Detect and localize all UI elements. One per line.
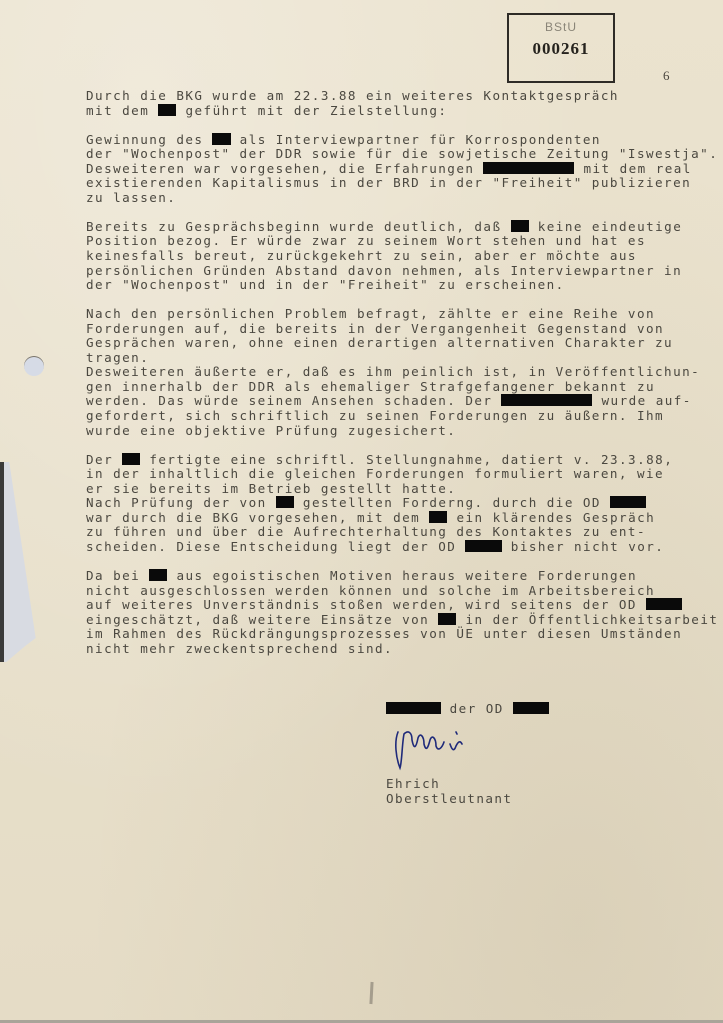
- document-body: Durch die BKG wurde am 22.3.88 ein weite…: [86, 89, 716, 671]
- text-run: nicht mehr zweckentsprechend sind.: [86, 641, 393, 656]
- text-line: scheiden. Diese Entscheidung liegt der O…: [86, 540, 716, 555]
- text-run: mit dem real: [574, 161, 691, 176]
- text-run: er sie bereits im Betrieb gestellt hatte…: [86, 481, 456, 496]
- text-line: im Rahmen des Rückdrängungsprozesses von…: [86, 627, 716, 642]
- text-run: Durch die BKG wurde am 22.3.88 ein weite…: [86, 88, 619, 103]
- text-line: Der fertigte eine schriftl. Stellungnahm…: [86, 453, 716, 468]
- text-line: existierenden Kapitalismus in der BRD in…: [86, 176, 716, 191]
- paragraph: Nach den persönlichen Problem befragt, z…: [86, 307, 716, 438]
- text-line: zu lassen.: [86, 191, 716, 206]
- text-line: Nach Prüfung der von gestellten Forderng…: [86, 496, 716, 511]
- redaction-bar: [513, 702, 549, 714]
- text-line: Bereits zu Gesprächsbeginn wurde deutlic…: [86, 220, 716, 235]
- text-run: mit dem: [86, 103, 158, 118]
- redaction-bar: [429, 511, 447, 523]
- text-run: werden. Das würde seinem Ansehen schaden…: [86, 393, 501, 408]
- text-run: Bereits zu Gesprächsbeginn wurde deutlic…: [86, 219, 511, 234]
- text-run: Da bei: [86, 568, 149, 583]
- text-line: nicht ausgeschlossen werden können und s…: [86, 584, 716, 599]
- text-line: keinesfalls bereut, zurückgekehrt zu sei…: [86, 249, 716, 264]
- text-line: Desweiteren äußerte er, daß es ihm peinl…: [86, 365, 716, 380]
- text-run: in der Öffentlichkeitsarbeit: [456, 612, 718, 627]
- text-run: geführt mit der Zielstellung:: [176, 103, 447, 118]
- redaction-bar: [646, 598, 682, 610]
- text-run: eingeschätzt, daß weitere Einsätze von: [86, 612, 438, 627]
- redaction-bar: [149, 569, 167, 581]
- text-run: war durch die BKG vorgesehen, mit dem: [86, 510, 429, 525]
- text-run: als Interviewpartner für Korrospondenten: [231, 132, 601, 147]
- paragraph: Da bei aus egoistischen Motiven heraus w…: [86, 569, 716, 656]
- stamp-number: 000261: [509, 39, 613, 59]
- text-line: Gewinnung des als Interviewpartner für K…: [86, 133, 716, 148]
- redaction-bar: [483, 162, 574, 174]
- text-run: keine eindeutige: [529, 219, 683, 234]
- text-line: nicht mehr zweckentsprechend sind.: [86, 642, 716, 657]
- text-run: fertigte eine schriftl. Stellungnahme, d…: [140, 452, 673, 467]
- text-run: gefordert, sich schriftlich zu seinen Fo…: [86, 408, 664, 423]
- stamp-title: BStU: [509, 20, 613, 34]
- text-line: Da bei aus egoistischen Motiven heraus w…: [86, 569, 716, 584]
- text-run: scheiden. Diese Entscheidung liegt der O…: [86, 539, 465, 554]
- text-line: Forderungen auf, die bereits in der Verg…: [86, 322, 716, 337]
- text-run: nicht ausgeschlossen werden können und s…: [86, 583, 655, 598]
- text-line: er sie bereits im Betrieb gestellt hatte…: [86, 482, 716, 497]
- redaction-bar: [610, 496, 646, 508]
- text-line: mit dem geführt mit der Zielstellung:: [86, 104, 716, 119]
- text-line: Nach den persönlichen Problem befragt, z…: [86, 307, 716, 322]
- text-run: Desweiteren war vorgesehen, die Erfahrun…: [86, 161, 483, 176]
- text-run: Nach Prüfung der von: [86, 495, 276, 510]
- text-line: war durch die BKG vorgesehen, mit dem ei…: [86, 511, 716, 526]
- signatory: Ehrich Oberstleutnant: [386, 777, 512, 806]
- redaction-bar: [465, 540, 501, 552]
- redaction-bar: [386, 702, 441, 714]
- text-run: der "Wochenpost" der DDR sowie für die s…: [86, 146, 718, 161]
- page-number: 6: [663, 68, 670, 84]
- archive-stamp: BStU 000261: [507, 13, 615, 83]
- text-line: persönlichen Gründen Abstand davon nehme…: [86, 264, 716, 279]
- redaction-bar: [511, 220, 529, 232]
- paragraph: Gewinnung des als Interviewpartner für K…: [86, 133, 716, 206]
- text-line: der "Wochenpost" und in der "Freiheit" z…: [86, 278, 716, 293]
- text-run: der OD: [441, 701, 513, 716]
- signature-title-line: der OD: [386, 702, 549, 717]
- text-line: auf weiteres Unverständnis stoßen werden…: [86, 598, 716, 613]
- text-run: wurde eine objektive Prüfung zugesichert…: [86, 423, 456, 438]
- text-run: Der: [86, 452, 122, 467]
- text-run: zu lassen.: [86, 190, 176, 205]
- text-line: in der inhaltlich die gleichen Forderung…: [86, 467, 716, 482]
- text-line: gen innerhalb der DDR als ehemaliger Str…: [86, 380, 716, 395]
- text-run: wurde auf-: [592, 393, 691, 408]
- text-line: Durch die BKG wurde am 22.3.88 ein weite…: [86, 89, 716, 104]
- text-line: gefordert, sich schriftlich zu seinen Fo…: [86, 409, 716, 424]
- text-run: Forderungen auf, die bereits in der Verg…: [86, 321, 664, 336]
- signatory-office-line: der OD: [386, 702, 549, 717]
- text-run: existierenden Kapitalismus in der BRD in…: [86, 175, 691, 190]
- text-line: Desweiteren war vorgesehen, die Erfahrun…: [86, 162, 716, 177]
- handwritten-signature: [390, 722, 470, 772]
- text-run: zu führen und über die Aufrechterhaltung…: [86, 524, 646, 539]
- redaction-bar: [438, 613, 456, 625]
- text-run: persönlichen Gründen Abstand davon nehme…: [86, 263, 682, 278]
- paragraph: Bereits zu Gesprächsbeginn wurde deutlic…: [86, 220, 716, 293]
- text-run: auf weiteres Unverständnis stoßen werden…: [86, 597, 646, 612]
- text-run: aus egoistischen Motiven heraus weitere …: [167, 568, 637, 583]
- redaction-bar: [122, 453, 140, 465]
- text-run: im Rahmen des Rückdrängungsprozesses von…: [86, 626, 682, 641]
- signatory-rank: Oberstleutnant: [386, 792, 512, 807]
- paragraph: Der fertigte eine schriftl. Stellungnahm…: [86, 453, 716, 555]
- text-run: in der inhaltlich die gleichen Forderung…: [86, 466, 664, 481]
- text-line: Position bezog. Er würde zwar zu seinem …: [86, 234, 716, 249]
- text-line: tragen.: [86, 351, 716, 366]
- text-run: der "Wochenpost" und in der "Freiheit" z…: [86, 277, 565, 292]
- paragraph: Durch die BKG wurde am 22.3.88 ein weite…: [86, 89, 716, 118]
- text-run: tragen.: [86, 350, 149, 365]
- text-run: Gewinnung des: [86, 132, 212, 147]
- text-line: wurde eine objektive Prüfung zugesichert…: [86, 424, 716, 439]
- redaction-bar: [501, 394, 592, 406]
- text-line: der "Wochenpost" der DDR sowie für die s…: [86, 147, 716, 162]
- text-line: Gesprächen waren, ohne einen derartigen …: [86, 336, 716, 351]
- text-run: bisher nicht vor.: [502, 539, 665, 554]
- text-run: Gesprächen waren, ohne einen derartigen …: [86, 335, 673, 350]
- text-run: Nach den persönlichen Problem befragt, z…: [86, 306, 655, 321]
- text-line: zu führen und über die Aufrechterhaltung…: [86, 525, 716, 540]
- redaction-bar: [158, 104, 176, 116]
- redaction-bar: [212, 133, 230, 145]
- text-run: Position bezog. Er würde zwar zu seinem …: [86, 233, 646, 248]
- punch-hole: [24, 356, 44, 376]
- text-run: gen innerhalb der DDR als ehemaliger Str…: [86, 379, 655, 394]
- text-line: werden. Das würde seinem Ansehen schaden…: [86, 394, 716, 409]
- signatory-name: Ehrich: [386, 777, 512, 792]
- text-run: Desweiteren äußerte er, daß es ihm peinl…: [86, 364, 700, 379]
- text-run: ein klärendes Gespräch: [447, 510, 655, 525]
- page-edge-shadow: [0, 462, 4, 662]
- text-run: gestellten Forderng. durch die OD: [294, 495, 610, 510]
- text-run: keinesfalls bereut, zurückgekehrt zu sei…: [86, 248, 637, 263]
- redaction-bar: [276, 496, 294, 508]
